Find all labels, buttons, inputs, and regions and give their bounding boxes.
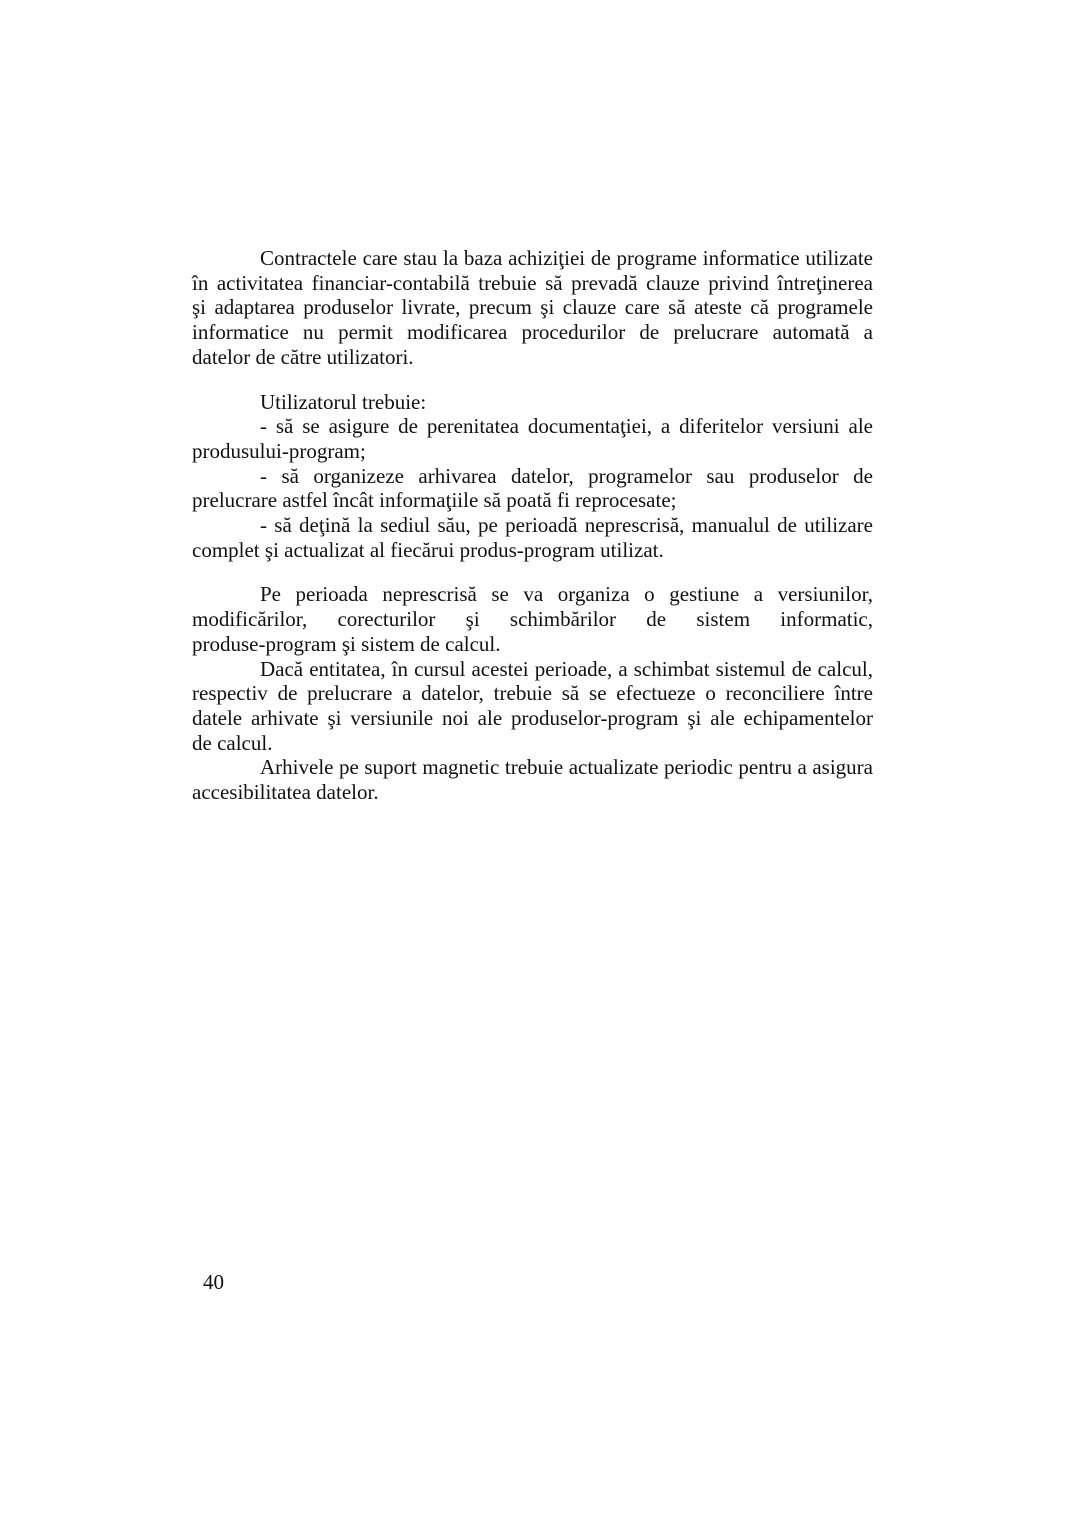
text-line: Contractele care stau la baza achiziţiei… [192, 246, 873, 271]
bullet-item-archiving: - să organizeze arhivarea datelor, progr… [192, 464, 873, 513]
page-number: 40 [203, 1270, 224, 1295]
paragraph-system-change-reconciliation: Dacă entitatea, în cursul acestei perioa… [192, 657, 873, 756]
text-line: şi adaptarea produselor livrate, precum … [192, 295, 873, 320]
text-line: datelor de către utilizatori. [192, 345, 873, 370]
text-line: - să deţină la sediul său, pe perioadă n… [192, 513, 873, 538]
text-line: informatice nu permit modificarea proced… [192, 320, 873, 345]
text-line: produse-program şi sistem de calcul. [192, 632, 873, 657]
bullet-item-documentation: - să se asigure de perenitatea documenta… [192, 414, 873, 463]
text-line: - să se asigure de perenitatea documenta… [192, 414, 873, 439]
text-line: accesibilitatea datelor. [192, 780, 873, 805]
text-line: Arhivele pe suport magnetic trebuie actu… [192, 755, 873, 780]
text-line: respectiv de prelucrare a datelor, trebu… [192, 681, 873, 706]
paragraph-magnetic-archives: Arhivele pe suport magnetic trebuie actu… [192, 755, 873, 804]
text-line: produsului-program; [192, 439, 873, 464]
text-line: complet şi actualizat al fiecărui produs… [192, 538, 873, 563]
text-line: modificărilor, corecturilor şi schimbări… [192, 607, 873, 632]
text-line: Dacă entitatea, în cursul acestei perioa… [192, 657, 873, 682]
paragraph-user-obligations-heading: Utilizatorul trebuie: [192, 390, 873, 415]
text-line: datele arhivate şi versiunile noi ale pr… [192, 706, 873, 731]
text-line: în activitatea financiar-contabilă trebu… [192, 271, 873, 296]
paragraph-version-management: Pe perioada neprescrisă se va organiza o… [192, 582, 873, 656]
document-page: Contractele care stau la baza achiziţiei… [0, 0, 1080, 1525]
text-line: de calcul. [192, 731, 873, 756]
text-line: Utilizatorul trebuie: [192, 390, 873, 415]
bullet-item-user-manual: - să deţină la sediul său, pe perioadă n… [192, 513, 873, 562]
paragraph-contracts: Contractele care stau la baza achiziţiei… [192, 246, 873, 370]
text-line: prelucrare astfel încât informaţiile să … [192, 488, 873, 513]
text-line: - să organizeze arhivarea datelor, progr… [192, 464, 873, 489]
document-body: Contractele care stau la baza achiziţiei… [192, 246, 873, 805]
text-line: Pe perioada neprescrisă se va organiza o… [192, 582, 873, 607]
